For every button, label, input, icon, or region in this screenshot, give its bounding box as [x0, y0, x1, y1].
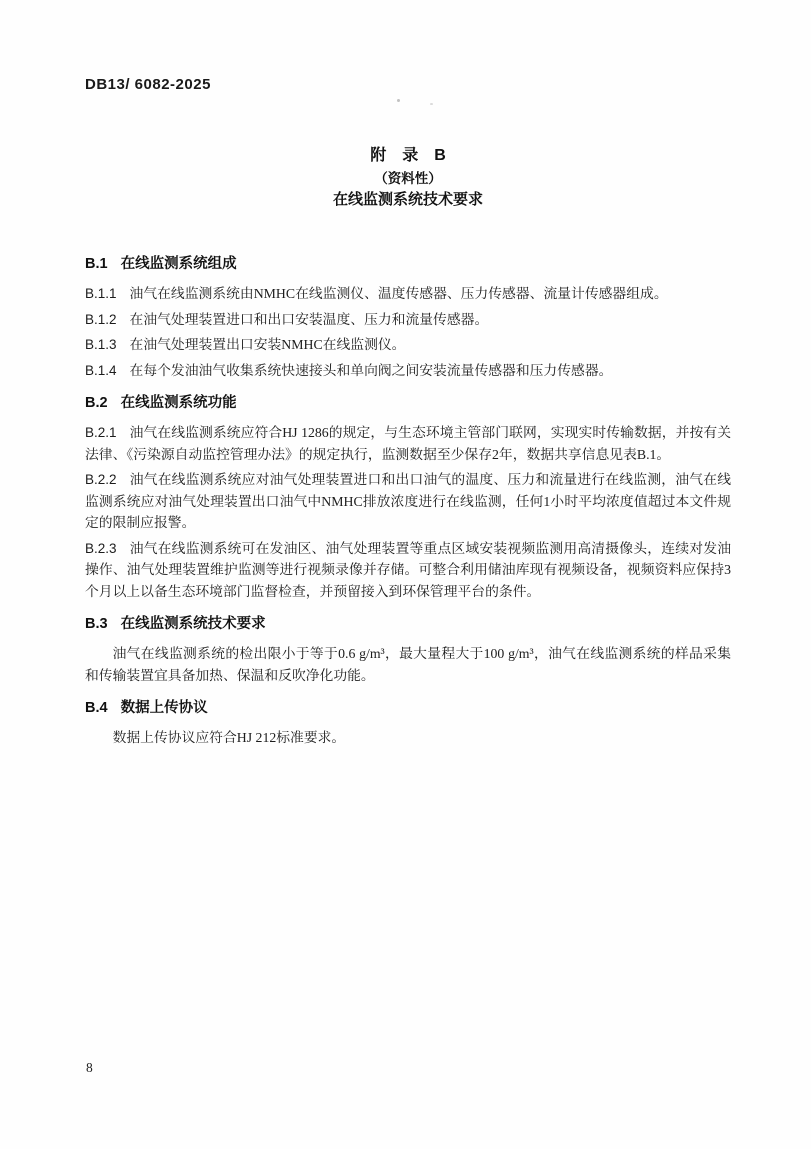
document-content: 附 录 B （资料性） 在线监测系统技术要求 B.1在线监测系统组成 B.1.1… — [85, 146, 731, 757]
document-body: B.1在线监测系统组成 B.1.1油气在线监测系统由NMHC在线监测仪、温度传感… — [85, 254, 731, 749]
standard-number-header: DB13/ 6082-2025 — [85, 76, 211, 93]
scan-artifact-dot — [430, 103, 433, 105]
appendix-title: 附 录 B — [85, 146, 731, 166]
section-heading-text: 在线监测系统功能 — [121, 395, 237, 411]
clause-text: 油气在线监测系统由NMHC在线监测仪、温度传感器、压力传感器、流量计传感器组成。 — [130, 286, 668, 301]
section-b1: B.1在线监测系统组成 B.1.1油气在线监测系统由NMHC在线监测仪、温度传感… — [85, 254, 731, 381]
section-number: B.3 — [85, 616, 108, 632]
section-heading: B.2在线监测系统功能 — [85, 393, 731, 413]
clause-text: 油气在线监测系统应符合HJ 1286的规定，与生态环境主管部门联网，实现实时传输… — [85, 425, 731, 462]
section-paragraph: 数据上传协议应符合HJ 212标准要求。 — [85, 727, 731, 749]
section-heading: B.1在线监测系统组成 — [85, 254, 731, 274]
clause-paragraph: B.2.3油气在线监测系统可在发油区、油气处理装置等重点区域安装视频监测用高清摄… — [85, 538, 731, 603]
clause-text: 油气在线监测系统应对油气处理装置进口和出口油气的温度、压力和流量进行在线监测，油… — [85, 472, 731, 530]
section-heading-text: 在线监测系统技术要求 — [121, 616, 266, 632]
clause-number: B.1.2 — [85, 312, 117, 327]
clause-paragraph: B.1.2在油气处理装置进口和出口安装温度、压力和流量传感器。 — [85, 309, 731, 331]
section-number: B.4 — [85, 700, 108, 716]
section-heading-text: 在线监测系统组成 — [121, 256, 237, 272]
clause-text: 在油气处理装置出口安装NMHC在线监测仪。 — [130, 337, 406, 352]
clause-paragraph: B.2.2油气在线监测系统应对油气处理装置进口和出口油气的温度、压力和流量进行在… — [85, 469, 731, 534]
scan-artifact-dot — [397, 99, 400, 102]
clause-paragraph: B.1.3在油气处理装置出口安装NMHC在线监测仪。 — [85, 334, 731, 356]
section-b4: B.4数据上传协议 数据上传协议应符合HJ 212标准要求。 — [85, 698, 731, 749]
section-heading: B.3在线监测系统技术要求 — [85, 614, 731, 634]
section-number: B.1 — [85, 256, 108, 272]
clause-number: B.1.3 — [85, 337, 117, 352]
clause-text: 在每个发油油气收集系统快速接头和单向阀之间安装流量传感器和压力传感器。 — [130, 363, 613, 378]
appendix-subject-title: 在线监测系统技术要求 — [85, 190, 731, 210]
section-b3: B.3在线监测系统技术要求 油气在线监测系统的检出限小于等于0.6 g/m³，最… — [85, 614, 731, 686]
clause-paragraph: B.1.4在每个发油油气收集系统快速接头和单向阀之间安装流量传感器和压力传感器。 — [85, 360, 731, 382]
clause-text: 油气在线监测系统可在发油区、油气处理装置等重点区域安装视频监测用高清摄像头，连续… — [85, 541, 731, 599]
clause-paragraph: B.1.1油气在线监测系统由NMHC在线监测仪、温度传感器、压力传感器、流量计传… — [85, 283, 731, 305]
clause-paragraph: B.2.1油气在线监测系统应符合HJ 1286的规定，与生态环境主管部门联网，实… — [85, 422, 731, 465]
section-heading-text: 数据上传协议 — [121, 700, 208, 716]
page-number: 8 — [86, 1060, 93, 1076]
clause-number: B.2.3 — [85, 541, 117, 556]
section-paragraph: 油气在线监测系统的检出限小于等于0.6 g/m³，最大量程大于100 g/m³，… — [85, 643, 731, 686]
section-number: B.2 — [85, 395, 108, 411]
clause-number: B.2.2 — [85, 472, 117, 487]
clause-text: 在油气处理装置进口和出口安装温度、压力和流量传感器。 — [130, 312, 489, 327]
section-b2: B.2在线监测系统功能 B.2.1油气在线监测系统应符合HJ 1286的规定，与… — [85, 393, 731, 602]
clause-number: B.1.1 — [85, 286, 117, 301]
document-page: DB13/ 6082-2025 附 录 B （资料性） 在线监测系统技术要求 B… — [0, 0, 811, 1149]
appendix-title-block: 附 录 B （资料性） 在线监测系统技术要求 — [85, 146, 731, 210]
section-heading: B.4数据上传协议 — [85, 698, 731, 718]
appendix-type-label: （资料性） — [85, 169, 731, 188]
clause-number: B.2.1 — [85, 425, 117, 440]
clause-number: B.1.4 — [85, 363, 117, 378]
